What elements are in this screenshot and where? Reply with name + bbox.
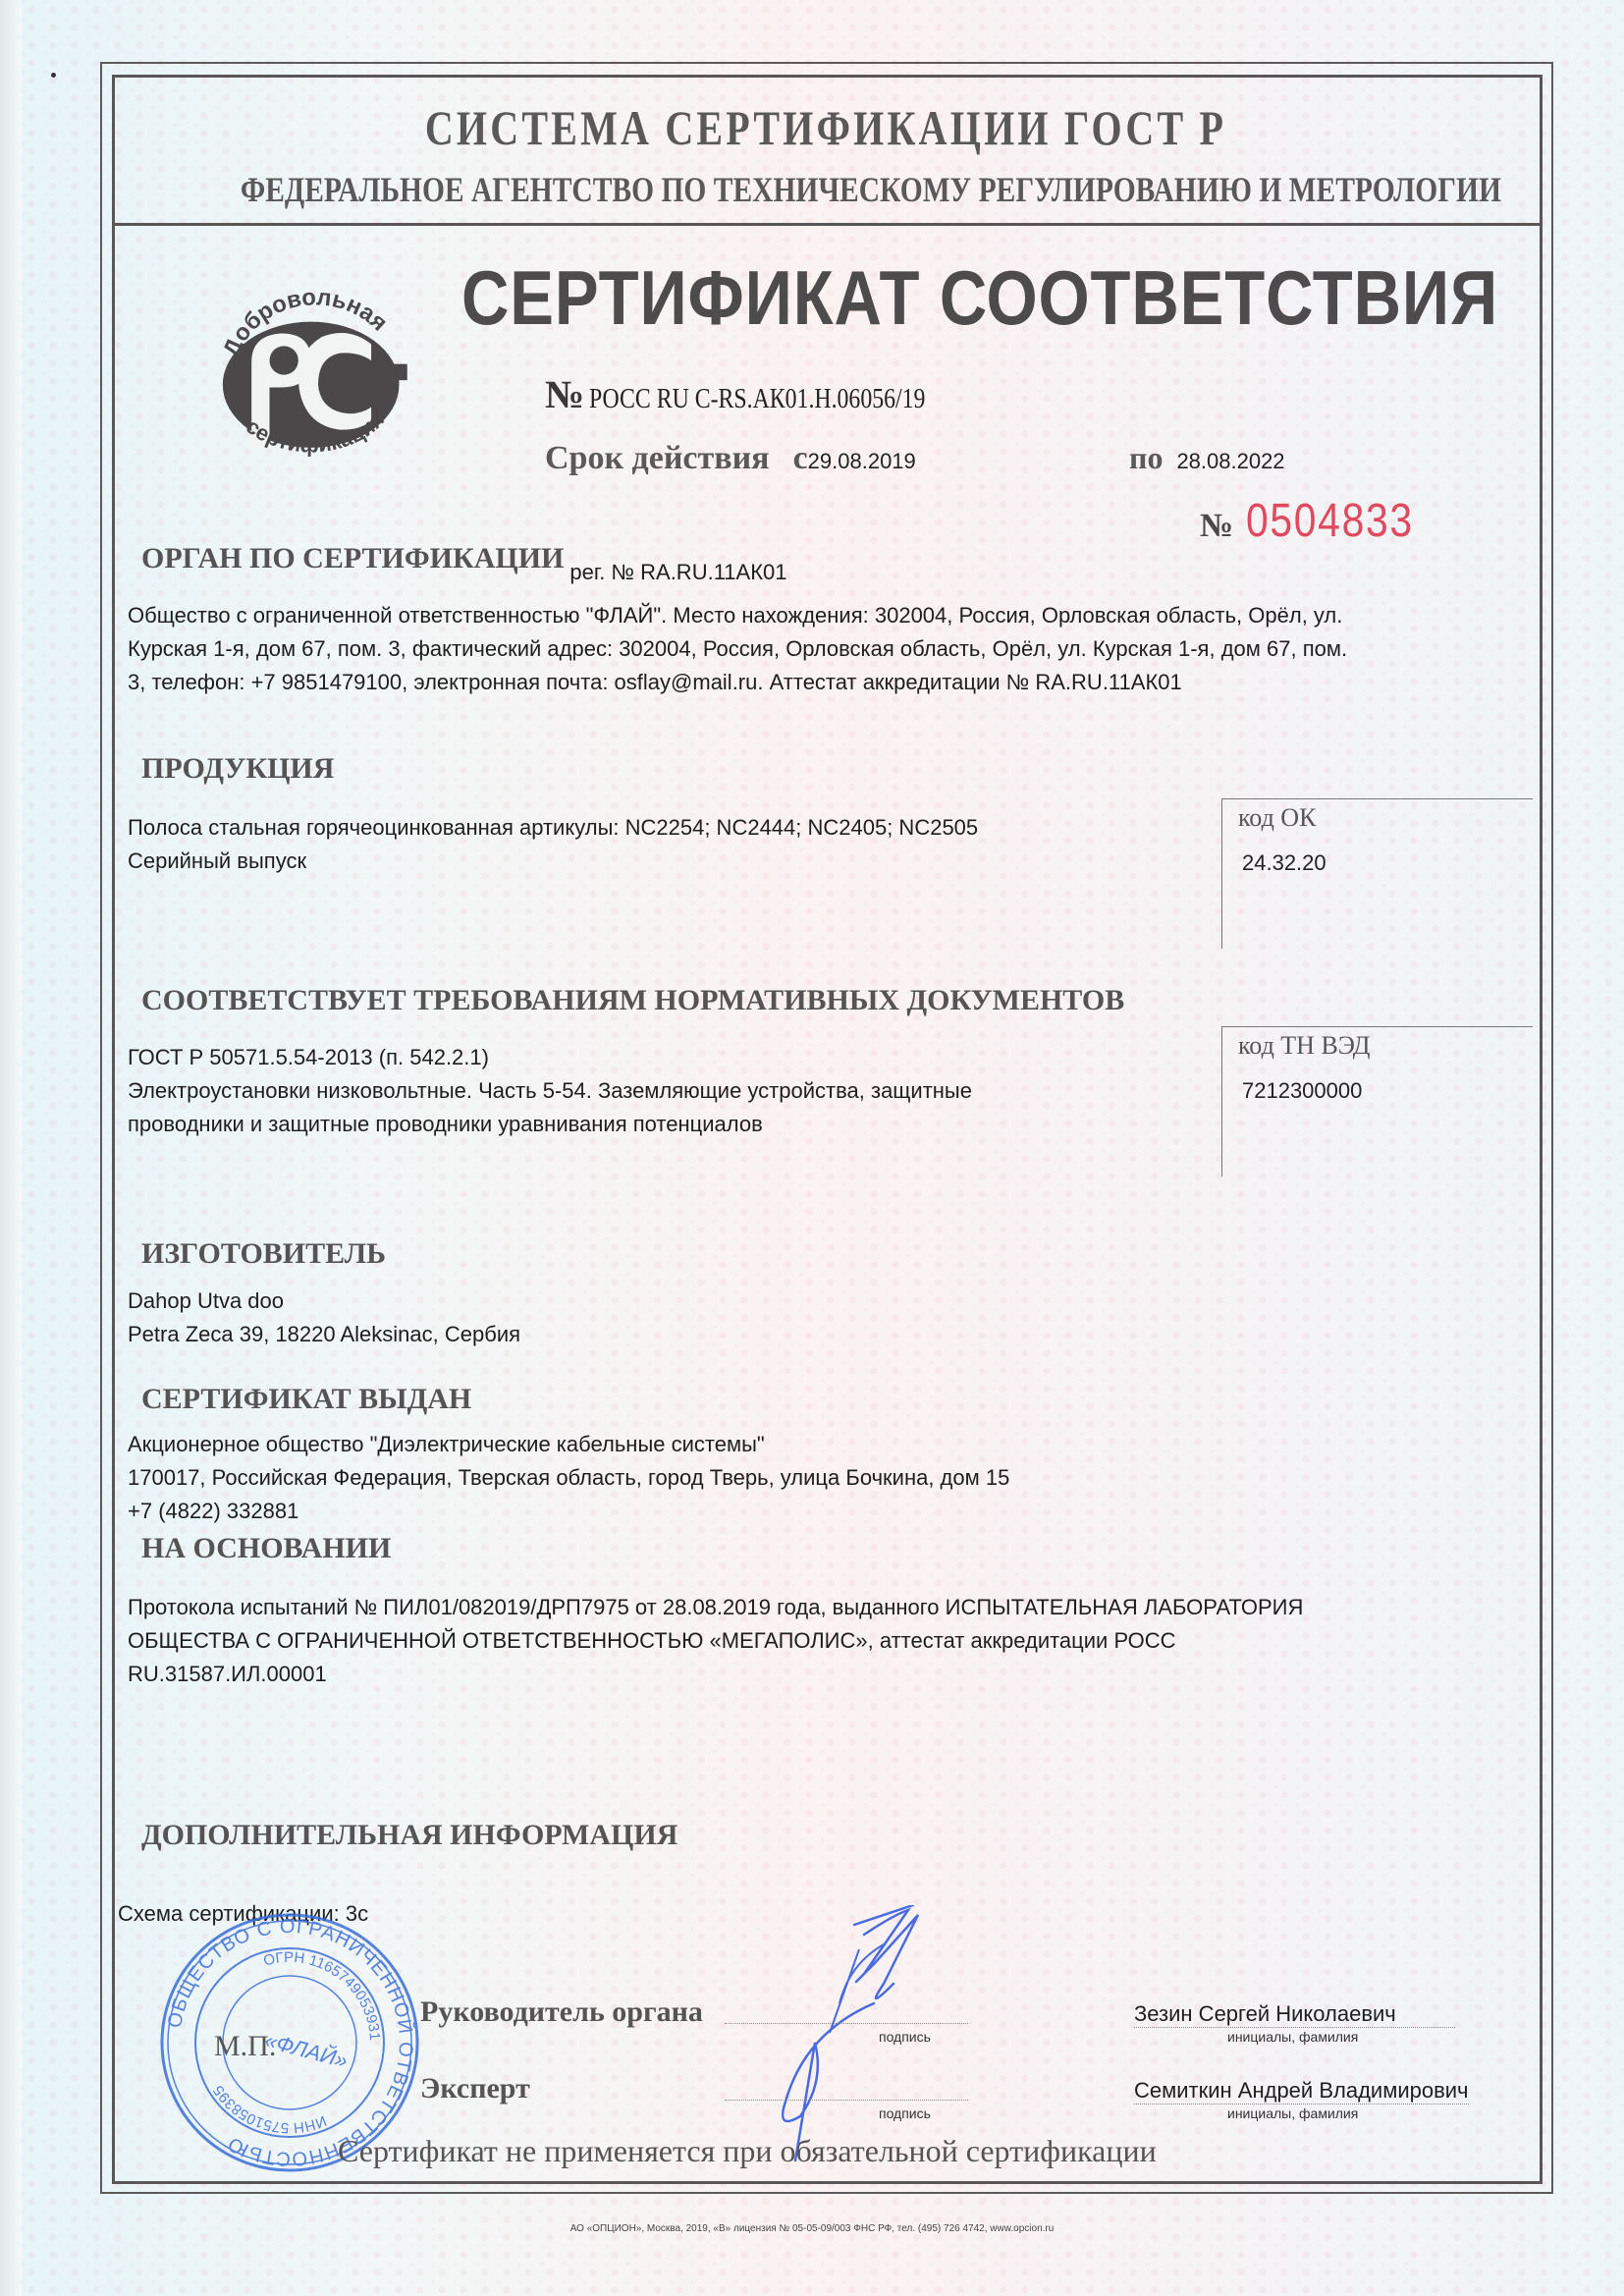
expert-signature-line	[725, 2100, 968, 2101]
expert-name: Семиткин Андрей Владимирович	[1134, 2078, 1469, 2105]
head-name-caption: инициалы, фамилия	[1227, 2029, 1358, 2045]
head-of-body-role: Руководитель органа	[420, 1995, 703, 2029]
printer-imprint: АО «ОПЦИОН», Москва, 2019, «В» лицензия …	[0, 2223, 1624, 2234]
product-details: Полоса стальная горячеоцинкованная артик…	[128, 811, 1208, 878]
basis-line: ОБЩЕСТВА С ОГРАНИЧЕННОЙ ОТВЕТСТВЕННОСТЬЮ…	[128, 1624, 1532, 1658]
validity-from-date: 29.08.2019	[808, 449, 916, 473]
certification-body-details: Общество с ограниченной ответственностью…	[128, 599, 1532, 699]
system-title: СИСТЕМА СЕРТИФИКАЦИИ ГОСТ Р	[254, 99, 1396, 156]
registration-number-value: РОСС RU C-RS.АК01.Н.06056/19	[589, 384, 925, 415]
basis-line: Протокола испытаний № ПИЛ01/082019/ДРП79…	[128, 1591, 1532, 1624]
head-signature-caption: подпись	[879, 2029, 931, 2045]
okp-code-label: код ОК	[1238, 803, 1316, 833]
basis-details: Протокола испытаний № ПИЛ01/082019/ДРП79…	[128, 1591, 1532, 1691]
validity-label: Срок действия	[545, 440, 770, 476]
basis-line: RU.31587.ИЛ.00001	[128, 1658, 1532, 1691]
stamp-place-label: М.П.	[214, 2030, 276, 2063]
scan-edge-shadow	[0, 0, 22, 2296]
product-line: Полоса стальная горячеоцинкованная артик…	[128, 811, 1208, 845]
okp-code-value: 24.32.20	[1242, 850, 1326, 876]
form-serial-number: № 0504833	[1200, 494, 1443, 548]
product-line: Серийный выпуск	[128, 845, 1208, 878]
certification-body-line: Курская 1-я, дом 67, пом. 3, фактический…	[128, 632, 1532, 666]
tnved-code-label: код ТН ВЭД	[1238, 1031, 1371, 1061]
expert-name-caption: инициалы, фамилия	[1227, 2105, 1358, 2121]
okp-code-box: код ОК 24.32.20	[1221, 798, 1533, 949]
certification-body-line: Общество с ограниченной ответственностью…	[128, 599, 1532, 632]
manufacturer-line: Dahop Utva doo	[128, 1285, 1208, 1318]
voluntary-disclaimer: Сертификат не применяется при обязательн…	[338, 2133, 1157, 2169]
header-divider	[112, 223, 1540, 226]
scan-speck	[51, 73, 56, 78]
basis-heading: НА ОСНОВАНИИ	[141, 1532, 391, 1565]
compliance-line: ГОСТ Р 50571.5.54-2013 (п. 542.2.1)	[128, 1041, 1208, 1074]
compliance-line: Электроустановки низковольтные. Часть 5-…	[128, 1074, 1208, 1108]
validity-to-prefix: по	[1129, 440, 1163, 475]
certification-body-heading: ОРГАН ПО СЕРТИФИКАЦИИрег. № RA.RU.11АК01	[141, 542, 787, 575]
issued-to-line: Акционерное общество "Диэлектрические ка…	[128, 1428, 1306, 1461]
certification-body-line: 3, телефон: +7 9851479100, электронная п…	[128, 666, 1532, 699]
number-sign: №	[545, 372, 584, 416]
issued-to-heading: СЕРТИФИКАТ ВЫДАН	[141, 1383, 471, 1416]
registration-number: № РОСС RU C-RS.АК01.Н.06056/19	[545, 371, 985, 417]
svg-text:ИНН 5751058395: ИНН 5751058395	[210, 2082, 329, 2136]
expert-signature-caption: подпись	[879, 2105, 931, 2121]
compliance-line: проводники и защитные проводники уравнив…	[128, 1108, 1208, 1141]
agency-name: ФЕДЕРАЛЬНОЕ АГЕНТСТВО ПО ТЕХНИЧЕСКОМУ РЕ…	[241, 169, 1411, 210]
product-heading: ПРОДУКЦИЯ	[141, 752, 334, 786]
validity-to-date: 28.08.2022	[1176, 449, 1284, 473]
serial-number-value: 0504833	[1246, 494, 1414, 548]
expert-role: Эксперт	[420, 2072, 530, 2105]
head-signature-line	[725, 2023, 968, 2024]
certification-body-heading-text: ОРГАН ПО СЕРТИФИКАЦИИ	[141, 542, 564, 574]
certificate-title: СЕРТИФИКАТ СООТВЕТСТВИЯ	[461, 253, 1498, 343]
tnved-code-value: 7212300000	[1242, 1078, 1362, 1104]
serial-number-sign: №	[1200, 508, 1233, 544]
compliance-heading: СООТВЕТСТВУЕТ ТРЕБОВАНИЯМ НОРМАТИВНЫХ ДО…	[141, 984, 1124, 1017]
validity-to: по28.08.2022	[1129, 440, 1285, 476]
certification-body-reg-no: рег. № RA.RU.11АК01	[569, 560, 786, 584]
rst-voluntary-certification-logo-icon: Добровольная сертификация	[202, 263, 423, 479]
issued-to-line: +7 (4822) 332881	[128, 1495, 1306, 1528]
issued-to-line: 170017, Российская Федерация, Тверская о…	[128, 1461, 1306, 1495]
validity-from-prefix: с	[793, 440, 808, 476]
manufacturer-heading: ИЗГОТОВИТЕЛЬ	[141, 1237, 386, 1271]
additional-info-heading: ДОПОЛНИТЕЛЬНАЯ ИНФОРМАЦИЯ	[141, 1819, 677, 1852]
manufacturer-line: Petra Zeca 39, 18220 Aleksinac, Сербия	[128, 1318, 1208, 1351]
issued-to-details: Акционерное общество "Диэлектрические ка…	[128, 1428, 1306, 1528]
validity-period: Срок действияс29.08.2019	[545, 440, 916, 477]
tnved-code-box: код ТН ВЭД 7212300000	[1221, 1026, 1533, 1176]
manufacturer-details: Dahop Utva doo Petra Zeca 39, 18220 Alek…	[128, 1285, 1208, 1351]
compliance-details: ГОСТ Р 50571.5.54-2013 (п. 542.2.1) Элек…	[128, 1041, 1208, 1141]
head-name: Зезин Сергей Николаевич	[1134, 2001, 1455, 2028]
